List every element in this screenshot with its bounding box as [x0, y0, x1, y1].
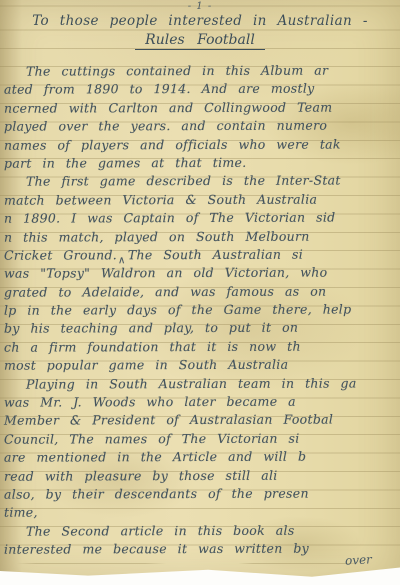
handwritten-line: The Second article in this book als	[0, 521, 400, 541]
handwritten-body: The cuttings contained in this Album ar …	[0, 62, 400, 559]
handwritten-line: was Mr. J. Woods who later became a	[0, 392, 400, 412]
page-number: - 1 -	[0, 1, 400, 12]
handwritten-line-with-insertion: Cricket Ground. The South Australian si …	[0, 245, 400, 265]
handwritten-line: are mentioned in the Article and will b	[0, 448, 400, 468]
handwritten-line: lp in the early days of the Game there, …	[0, 300, 400, 320]
handwritten-line: Council, The names of The Victorian si	[0, 429, 400, 449]
handwritten-line: read with pleasure by those still ali	[0, 466, 400, 486]
handwritten-line: most popular game in South Australia	[0, 356, 400, 376]
handwritten-line: n this match, played on South Melbourn	[0, 227, 400, 247]
handwritten-line: ncerned with Carlton and Collingwood Tea…	[0, 98, 400, 118]
title-underline-text: Rules Football	[135, 32, 265, 50]
handwritten-line: interested me because it was written by	[0, 539, 400, 559]
handwritten-line: time,	[0, 503, 400, 523]
handwritten-line: ch a firm foundation that it is now th	[0, 337, 400, 357]
handwritten-line: The first game described is the Inter-St…	[0, 172, 400, 192]
handwritten-line: ated from 1890 to 1914. And are mostly	[0, 80, 400, 100]
handwritten-line: names of players and officials who were …	[0, 135, 400, 155]
handwritten-line: n 1890. I was Captain of The Victorian s…	[0, 208, 400, 228]
handwritten-line: grated to Adelaide, and was famous as on	[0, 282, 400, 302]
handwritten-line: match between Victoria & South Australia	[0, 190, 400, 210]
handwritten-line: part in the games at that time.	[0, 153, 400, 173]
document-title-line1: To those people interested in Australian…	[0, 13, 400, 29]
handwritten-line: played over the years. and contain numer…	[0, 116, 400, 136]
handwritten-line: Member & President of Australasian Footb…	[0, 411, 400, 431]
handwritten-line: The cuttings contained in this Album ar	[0, 61, 400, 81]
handwritten-line: was "Topsy" Waldron an old Victorian, wh…	[0, 264, 400, 284]
handwritten-line: also, by their descendants of the presen	[0, 484, 400, 504]
handwritten-line: Playing in South Australian team in this…	[0, 374, 400, 394]
handwritten-line: Cricket Ground. The South Australian si	[4, 247, 303, 263]
caret-mark: ∧	[118, 252, 126, 265]
handwritten-line: by his teaching and play, to put it on	[0, 319, 400, 339]
document-title-line2: Rules Football	[0, 32, 400, 48]
continuation-note: over	[345, 552, 373, 567]
